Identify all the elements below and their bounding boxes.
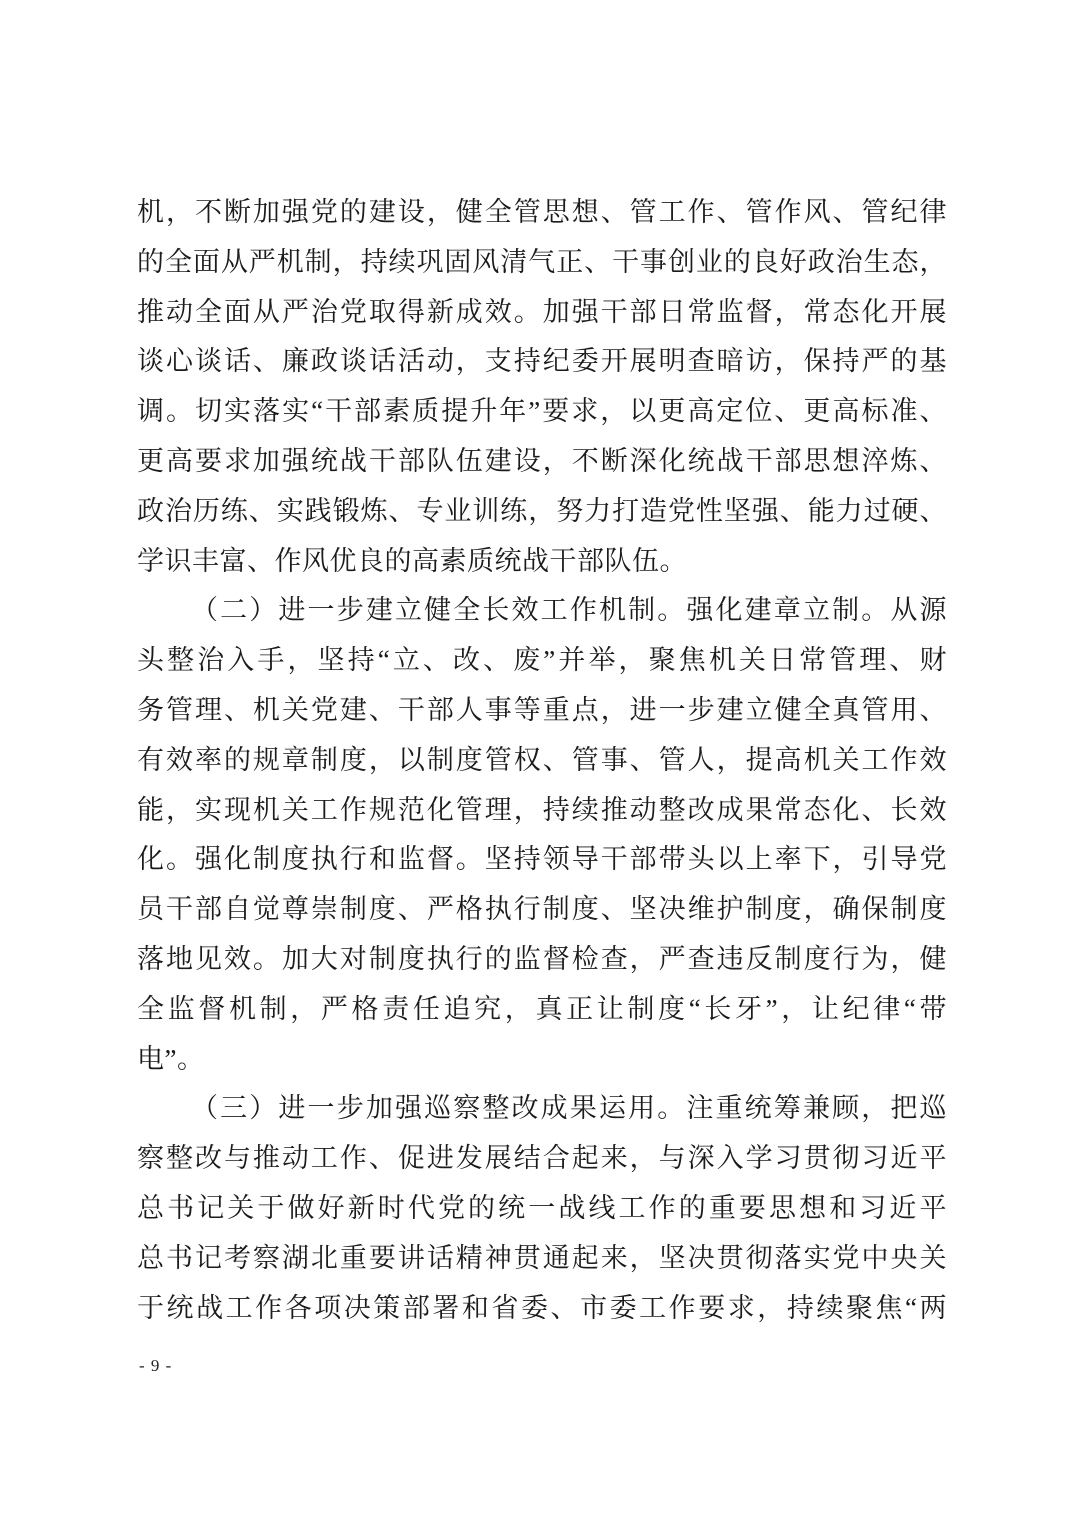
paragraph: （三）进一步加强巡察整改成果运用。注重统筹兼顾，把巡察整改与推动工作、促进发展结… [137,1084,947,1333]
text-line: 的全面从严机制，持续巩固风清气正、干事创业的良好政治生态， [137,238,947,288]
text-line: 察整改与推动工作、促进发展结合起来，与深入学习贯彻习近平 [137,1134,947,1184]
text-line: 更高要求加强统战干部队伍建设，不断深化统战干部思想淬炼、 [137,437,947,487]
text-line: 推动全面从严治党取得新成效。加强干部日常监督，常态化开展 [137,288,947,338]
text-line: 学识丰富、作风优良的高素质统战干部队伍。 [137,537,947,587]
text-line: 机，不断加强党的建设，健全管思想、管工作、管作风、管纪律 [137,188,947,238]
text-line: 有效率的规章制度，以制度管权、管事、管人，提高机关工作效 [137,736,947,786]
text-line: 头整治入手，坚持“立、改、废”并举，聚焦机关日常管理、财 [137,636,947,686]
text-line: 化。强化制度执行和监督。坚持领导干部带头以上率下，引导党 [137,835,947,885]
text-line: 于统战工作各项决策部署和省委、市委工作要求，持续聚焦“两 [137,1284,947,1334]
text-line: 政治历练、实践锻炼、专业训练，努力打造党性坚强、能力过硬、 [137,487,947,537]
text-line: 务管理、机关党建、干部人事等重点，进一步建立健全真管用、 [137,686,947,736]
text-line: 全监督机制，严格责任追究，真正让制度“长牙”，让纪律“带 [137,985,947,1035]
text-line: 能，实现机关工作规范化管理，持续推动整改成果常态化、长效 [137,786,947,836]
paragraph: 机，不断加强党的建设，健全管思想、管工作、管作风、管纪律的全面从严机制，持续巩固… [137,188,947,586]
text-line: 谈心谈话、廉政谈话活动，支持纪委开展明查暗访，保持严的基 [137,337,947,387]
text-line: 总书记考察湖北重要讲话精神贯通起来，坚决贯彻落实党中央关 [137,1234,947,1284]
text-line: 员干部自觉尊崇制度、严格执行制度、坚决维护制度，确保制度 [137,885,947,935]
text-line: （二）进一步建立健全长效工作机制。强化建章立制。从源 [137,586,947,636]
text-line: 电”。 [137,1035,947,1085]
paragraph: （二）进一步建立健全长效工作机制。强化建章立制。从源头整治入手，坚持“立、改、废… [137,586,947,1084]
document-page: 机，不断加强党的建设，健全管思想、管工作、管作风、管纪律的全面从严机制，持续巩固… [0,0,1074,1520]
text-line: （三）进一步加强巡察整改成果运用。注重统筹兼顾，把巡 [137,1084,947,1134]
text-line: 调。切实落实“干部素质提升年”要求，以更高定位、更高标准、 [137,387,947,437]
text-line: 总书记关于做好新时代党的统一战线工作的重要思想和习近平 [137,1184,947,1234]
text-body: 机，不断加强党的建设，健全管思想、管工作、管作风、管纪律的全面从严机制，持续巩固… [137,188,947,1333]
text-line: 落地见效。加大对制度执行的监督检查，严查违反制度行为，健 [137,935,947,985]
page-number: - 9 - [139,1356,172,1376]
